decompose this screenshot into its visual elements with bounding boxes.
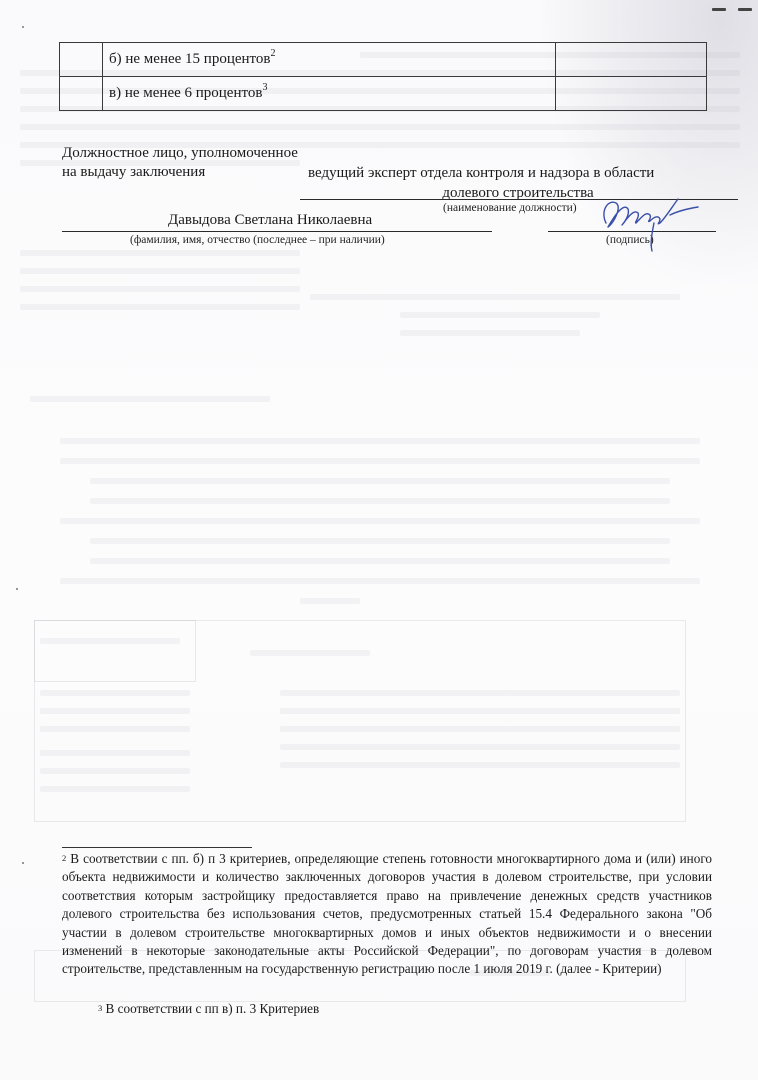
- footnote-number: 2: [62, 853, 66, 863]
- official-label-line2: на выдачу заключения: [62, 163, 205, 181]
- table-row: б) не менее 15 процентов2: [60, 43, 707, 77]
- scan-speck: [22, 26, 24, 28]
- scan-speck: [16, 588, 18, 590]
- table-row: в) не менее 6 процентов3: [60, 77, 707, 111]
- name-underline: [62, 231, 492, 232]
- table-cell-value: [556, 43, 707, 77]
- table-cell-criterion: в) не менее 6 процентов3: [103, 77, 556, 111]
- handwritten-signature: [594, 193, 704, 253]
- official-full-name: Давыдова Светлана Николаевна: [168, 212, 372, 229]
- official-label-line1: Должностное лицо, уполномоченное: [62, 144, 298, 162]
- scan-corner-mark: [738, 8, 752, 11]
- scan-speck: [22, 862, 24, 864]
- table-cell-index: [60, 77, 103, 111]
- position-caption: (наименование должности): [443, 202, 577, 214]
- criterion-label: в) не менее 6 процентов: [109, 85, 262, 101]
- scanned-page: б) не менее 15 процентов2 в) не менее 6 …: [0, 0, 758, 1080]
- criterion-label: б) не менее 15 процентов: [109, 51, 270, 67]
- scan-corner-mark: [712, 8, 726, 11]
- footnote-ref[interactable]: 2: [270, 48, 275, 59]
- footnote-3: 3 В соответствии с пп в) п. 3 Критериев: [98, 1000, 498, 1018]
- footnote-2: 2 В соответствии с пп. б) п 3 критериев,…: [62, 850, 712, 979]
- name-caption: (фамилия, имя, отчество (последнее – при…: [130, 234, 385, 246]
- footnote-text: В соответствии с пп. б) п 3 критериев, о…: [62, 851, 712, 976]
- footnote-ref[interactable]: 3: [262, 82, 267, 93]
- table-cell-value: [556, 77, 707, 111]
- footnote-text: В соответствии с пп в) п. 3 Критериев: [106, 1001, 320, 1016]
- position-line1: ведущий эксперт отдела контроля и надзор…: [308, 165, 654, 181]
- footnote-separator: [62, 847, 252, 848]
- table-cell-index: [60, 43, 103, 77]
- criteria-table: б) не менее 15 процентов2 в) не менее 6 …: [59, 42, 707, 111]
- footnote-number: 3: [98, 1003, 102, 1013]
- table-cell-criterion: б) не менее 15 процентов2: [103, 43, 556, 77]
